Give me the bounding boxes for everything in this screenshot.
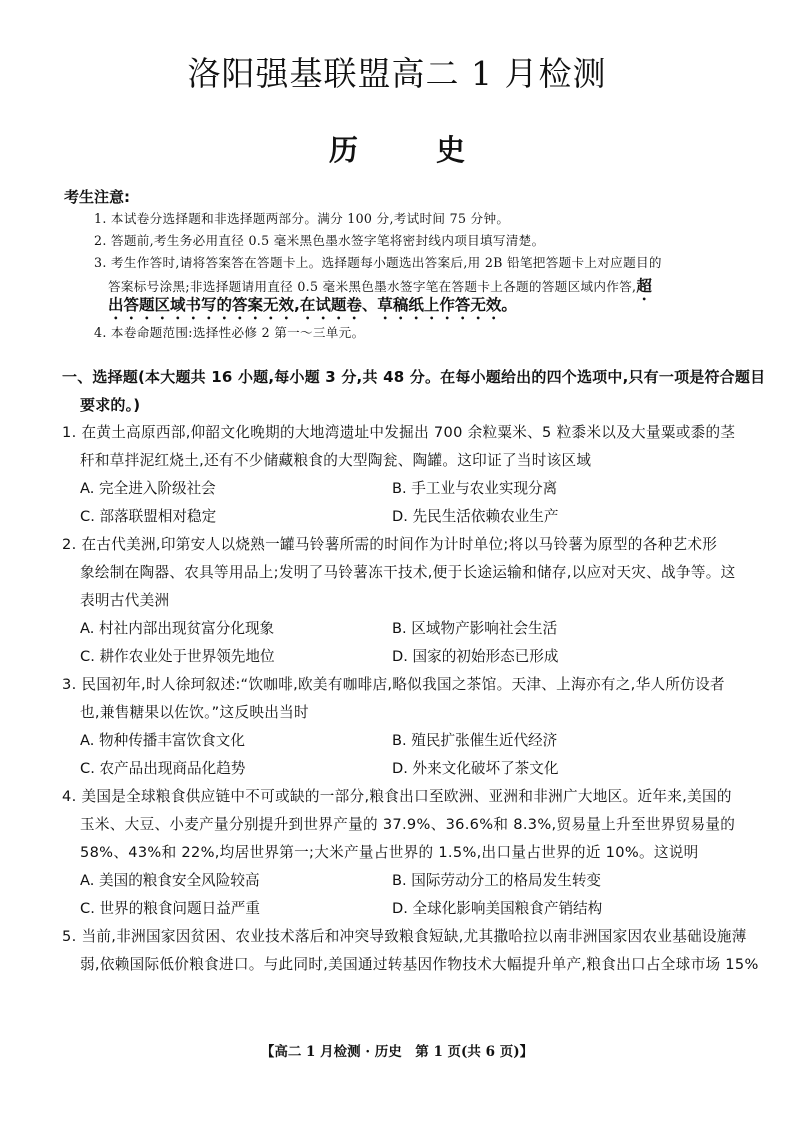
notice-heading: 考生注意:: [64, 186, 130, 207]
question-1-option-d[interactable]: D. 先民生活依赖农业生产: [392, 505, 558, 526]
notice-item-4: 4. 本卷命题范围:选择性必修 2 第一～三单元。: [94, 322, 364, 341]
question-5-line-2: 弱,依赖国际低价粮食进口。与此同时,美国通过转基因作物技术大幅提升单产,粮食出口…: [80, 953, 759, 974]
subject-title: 历史: [0, 128, 794, 169]
question-5-line-1: 5. 当前,非洲国家因贫困、农业技术落后和冲突导致粮食短缺,尤其撒哈拉以南非洲国…: [62, 925, 747, 946]
question-2-line-1: 2. 在古代美洲,印第安人以烧熟一罐马铃薯所需的时间作为计时单位;将以马铃薯为原…: [62, 533, 717, 554]
exam-title: 洛阳强基联盟高二 1 月检测: [0, 48, 794, 95]
question-3-option-c[interactable]: C. 农产品出现商品化趋势: [80, 757, 245, 778]
question-4-option-a[interactable]: A. 美国的粮食安全风险较高: [80, 869, 260, 890]
section-heading: 一、选择题(本大题共 16 小题,每小题 3 分,共 48 分。在每小题给出的四…: [62, 366, 765, 387]
question-1-line-2: 秆和草拌泥红烧土,还有不少储藏粮食的大型陶瓮、陶罐。这印证了当时该区域: [80, 449, 591, 470]
notice-item-2: 2. 答题前,考生务必用直径 0.5 毫米黑色墨水签字笔将密封线内项目填写清楚。: [94, 230, 544, 249]
question-3-line-2: 也,兼售糖果以佐饮。”这反映出当时: [80, 701, 309, 722]
question-4-option-b[interactable]: B. 国际劳动分工的格局发生转变: [392, 869, 601, 890]
notice-item-3: 3. 考生作答时,请将答案答在答题卡上。选择题每小题选出答案后,用 2B 铅笔把…: [94, 252, 662, 271]
question-2-option-c[interactable]: C. 耕作农业处于世界领先地位: [80, 645, 275, 666]
question-2-line-2: 象绘制在陶器、农具等用品上;发明了马铃薯冻干技术,便于长途运输和储存,以应对天灾…: [80, 561, 736, 582]
question-4-option-d[interactable]: D. 全球化影响美国粮食产销结构: [392, 897, 602, 918]
question-2-option-a[interactable]: A. 村社内部出现贫富分化现象: [80, 617, 274, 638]
question-1-line-1: 1. 在黄土高原西部,仰韶文化晚期的大地湾遗址中发掘出 700 余粒粟米、5 粒…: [62, 421, 735, 442]
question-3-option-a[interactable]: A. 物种传播丰富饮食文化: [80, 729, 245, 750]
question-2-option-d[interactable]: D. 国家的初始形态已形成: [392, 645, 558, 666]
section-heading-cont: 要求的。): [80, 394, 140, 415]
page-footer: 【高二 1 月检测 · 历史 第 1 页(共 6 页)】: [0, 1040, 794, 1060]
notice-item-1: 1. 本试卷分选择题和非选择题两部分。满分 100 分,考试时间 75 分钟。: [94, 208, 509, 227]
question-4-line-3: 58%、43%和 22%,均居世界第一;大米产量占世界的 1.5%,出口量占世界…: [80, 841, 699, 862]
subject-char-1: 历: [329, 128, 358, 169]
notice-emphasis-start: 超: [636, 277, 652, 295]
notice-emphasis-line: 出答题区域书写的答案无效,在试题卷、草稿纸上作答无效。: [108, 293, 517, 323]
question-1-option-a[interactable]: A. 完全进入阶级社会: [80, 477, 216, 498]
question-3-line-1: 3. 民国初年,时人徐珂叙述:“饮咖啡,欧美有咖啡店,略似我国之茶馆。天津、上海…: [62, 673, 725, 694]
question-1-option-c[interactable]: C. 部落联盟相对稳定: [80, 505, 216, 526]
subject-char-2: 史: [436, 128, 465, 169]
question-2-line-3: 表明古代美洲: [80, 589, 169, 610]
question-3-option-b[interactable]: B. 殖民扩张催生近代经济: [392, 729, 557, 750]
question-4-option-c[interactable]: C. 世界的粮食问题日益严重: [80, 897, 260, 918]
question-2-option-b[interactable]: B. 区域物产影响社会生活: [392, 617, 557, 638]
question-4-line-2: 玉米、大豆、小麦产量分别提升到世界产量的 37.9%、36.6%和 8.3%,贸…: [80, 813, 735, 834]
notice-item-3-cont-text: 答案标号涂黑;非选择题请用直径 0.5 毫米黑色墨水签字笔在答题卡上各题的答题区…: [108, 279, 636, 294]
question-3-option-d[interactable]: D. 外来文化破坏了茶文化: [392, 757, 558, 778]
question-1-option-b[interactable]: B. 手工业与农业实现分离: [392, 477, 557, 498]
question-4-line-1: 4. 美国是全球粮食供应链中不可或缺的一部分,粮食出口至欧洲、亚洲和非洲广大地区…: [62, 785, 732, 806]
